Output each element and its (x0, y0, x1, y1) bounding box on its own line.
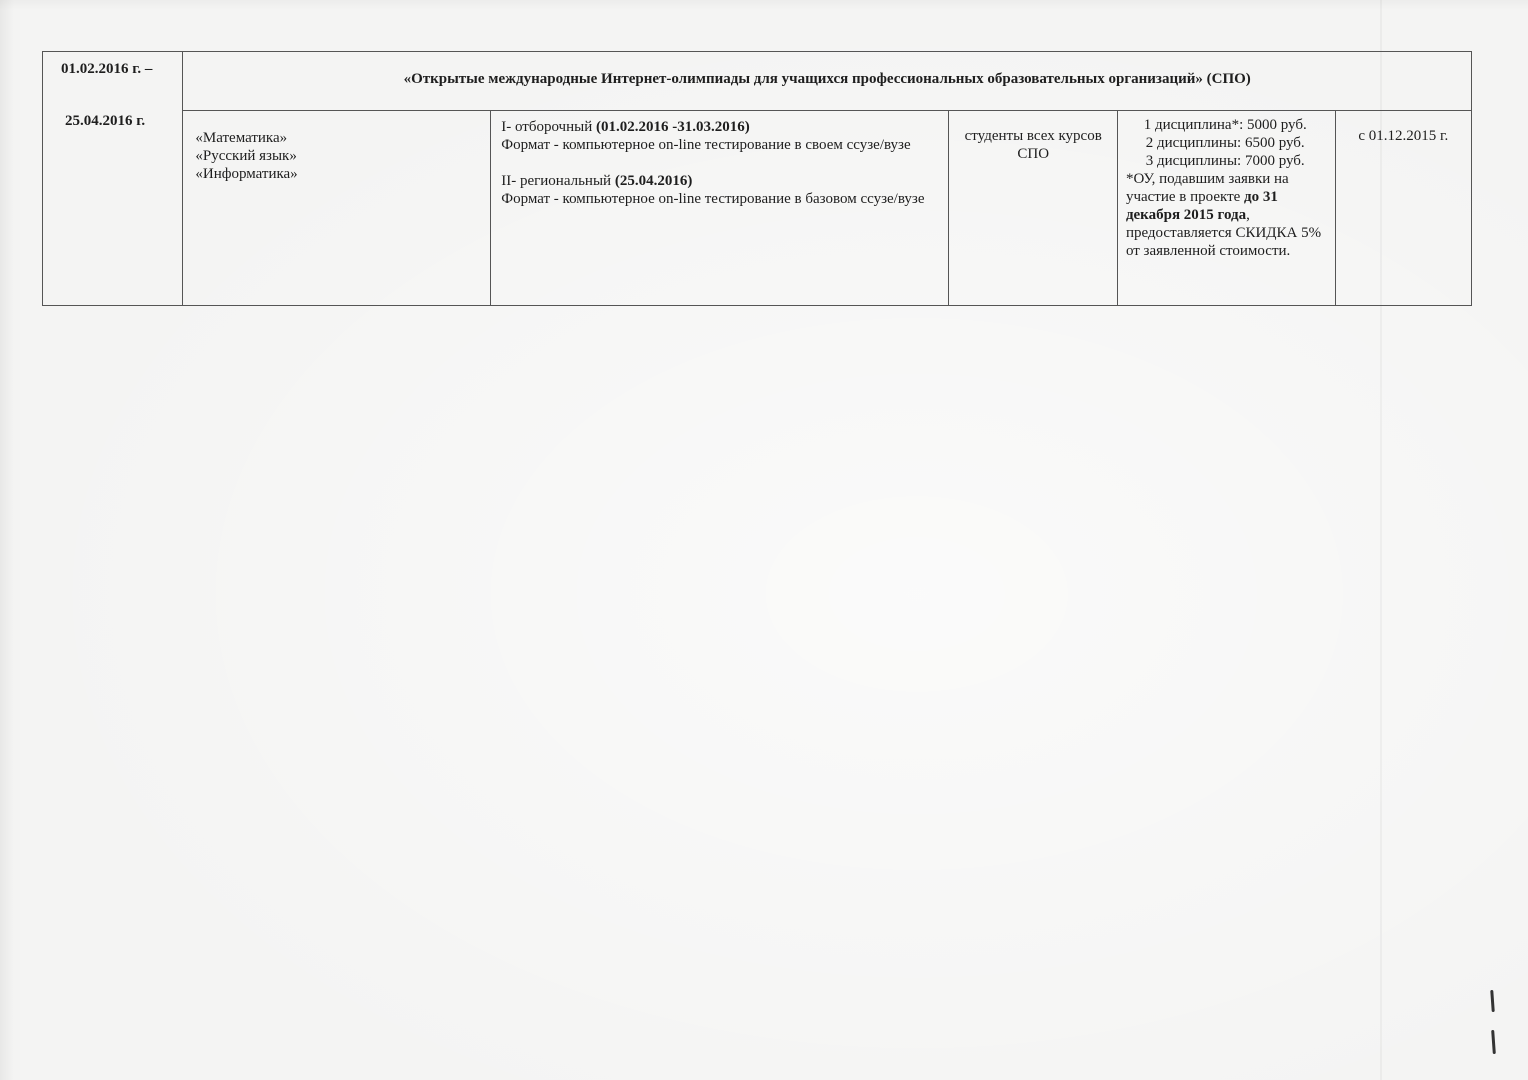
stage-1-dates: (01.02.2016 -31.03.2016) (596, 119, 750, 135)
table-row-title: 01.02.2016 г. – 25.04.2016 г. «Открытые … (43, 52, 1472, 111)
registration-start-cell: с 01.12.2015 г. (1335, 111, 1471, 306)
olympiad-schedule-table: 01.02.2016 г. – 25.04.2016 г. «Открытые … (42, 51, 1472, 306)
price-cell: 1 дисциплина*: 5000 руб. 2 дисциплины: 6… (1117, 111, 1335, 306)
subject-item: «Русский язык» (195, 147, 490, 165)
price-line: 3 дисциплины: 7000 руб. (1126, 152, 1335, 170)
subjects-cell: «Математика» «Русский язык» «Информатика… (183, 111, 491, 306)
stage-2: II- региональный (25.04.2016) (501, 172, 948, 190)
price-line: 2 дисциплины: 6500 руб. (1126, 134, 1335, 152)
price-line: 1 дисциплина*: 5000 руб. (1126, 116, 1335, 134)
stage-2-name: II- региональный (501, 173, 611, 189)
stages-cell: I- отборочный (01.02.2016 -31.03.2016) Ф… (491, 111, 949, 306)
period-start: 01.02.2016 г. – (61, 60, 152, 78)
period-end: 25.04.2016 г. (65, 112, 145, 130)
project-title: «Открытые международные Интернет-олимпиа… (183, 52, 1472, 111)
subject-item: «Информатика» (195, 165, 490, 183)
period-cell: 01.02.2016 г. – 25.04.2016 г. (43, 52, 183, 306)
stage-2-format: Формат - компьютерное on-line тестирован… (501, 190, 948, 208)
ink-mark (1490, 990, 1495, 1012)
stage-1-name: I- отборочный (501, 119, 592, 135)
discount-note: *ОУ, подавшим заявки на участие в проект… (1126, 170, 1335, 260)
subject-item: «Математика» (195, 129, 490, 147)
participants-cell: студенты всех курсов СПО (949, 111, 1117, 306)
stage-1-format: Формат - компьютерное on-line тестирован… (501, 136, 948, 154)
stage-1: I- отборочный (01.02.2016 -31.03.2016) (501, 118, 948, 136)
table-row-details: «Математика» «Русский язык» «Информатика… (43, 111, 1472, 306)
ink-mark (1491, 1030, 1496, 1054)
stage-2-dates: (25.04.2016) (615, 173, 693, 189)
